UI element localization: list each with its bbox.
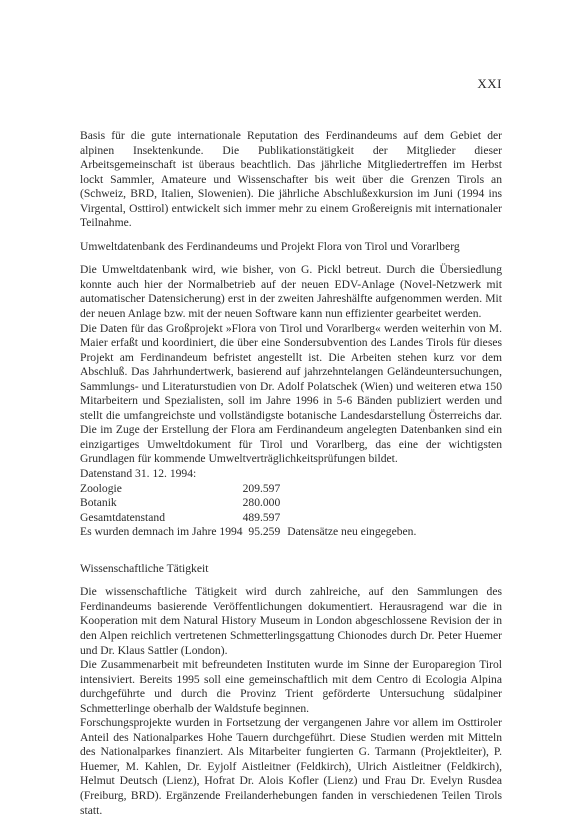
datenstand-row: Botanik280.000 xyxy=(80,496,416,511)
section-heading-umweltdatenbank: Umweltdatenbank des Ferdinandeums und Pr… xyxy=(80,240,502,255)
datenstand-label: Datenstand 31. 12. 1994: xyxy=(80,467,502,482)
intro-paragraph: Basis für die gute internationale Reputa… xyxy=(80,129,502,231)
page-content: Basis für die gute internationale Reputa… xyxy=(80,129,502,818)
umwelt-paragraph-1: Die Umweltdatenbank wird, wie bisher, vo… xyxy=(80,263,502,321)
wissenschaft-paragraph-1: Die wissenschaftliche Tätigkeit wird dur… xyxy=(80,585,502,658)
wissenschaft-paragraph-3: Forschungsprojekte wurden in Fortsetzung… xyxy=(80,716,502,818)
datenstand-row: Es wurden demnach im Jahre 199495.259Dat… xyxy=(80,525,416,540)
stat-value: 95.259 xyxy=(243,525,281,540)
page-number: XXI xyxy=(477,76,502,92)
stat-note xyxy=(280,511,416,526)
stat-note: Datensätze neu eingegeben. xyxy=(280,525,416,540)
umwelt-paragraph-2: Die Daten für das Großprojekt »Flora von… xyxy=(80,322,502,467)
stat-value: 280.000 xyxy=(243,496,281,511)
wissenschaft-paragraph-2: Die Zusammenarbeit mit befreundeten Inst… xyxy=(80,658,502,716)
stat-label: Gesamtdatenstand xyxy=(80,511,243,526)
datenstand-table: Zoologie209.597Botanik280.000Gesamtdaten… xyxy=(80,482,416,540)
datenstand-row: Zoologie209.597 xyxy=(80,482,416,497)
stat-label: Botanik xyxy=(80,496,243,511)
datenstand-row: Gesamtdatenstand489.597 xyxy=(80,511,416,526)
stat-value: 489.597 xyxy=(243,511,281,526)
stat-label: Es wurden demnach im Jahre 1994 xyxy=(80,525,243,540)
stat-label: Zoologie xyxy=(80,482,243,497)
stat-value: 209.597 xyxy=(243,482,281,497)
stat-note xyxy=(280,482,416,497)
section-heading-wissenschaft: Wissenschaftliche Tätigkeit xyxy=(80,562,502,577)
stat-note xyxy=(280,496,416,511)
